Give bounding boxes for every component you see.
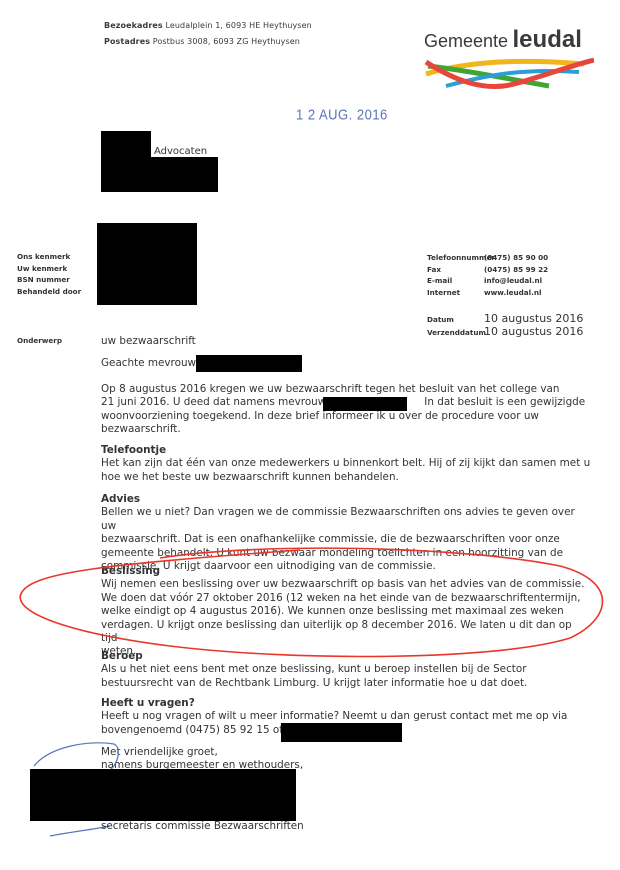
redacted-references <box>97 223 197 305</box>
section-telefoontje: Telefoontje Het kan zijn dat één van onz… <box>101 444 591 484</box>
date-row: Verzenddatum10 augustus 2016 <box>427 326 583 339</box>
label-behandeld-door: Behandeld door <box>17 286 81 298</box>
label-bsn-nummer: BSN nummer <box>17 274 81 286</box>
contact-details: Telefoonnummer(0475) 85 90 00 Fax(0475) … <box>427 252 548 298</box>
received-stamp: 1 2 AUG. 2016 <box>296 106 388 123</box>
highlight-ellipse-icon <box>0 540 620 665</box>
section-line: Heeft u nog vragen of wilt u meer inform… <box>101 710 591 723</box>
redacted-client-name <box>323 397 407 411</box>
label-ons-kenmerk: Ons kenmerk <box>17 251 81 263</box>
label-uw-kenmerk: Uw kenmerk <box>17 263 81 275</box>
contact-label: Telefoonnummer <box>427 252 484 264</box>
intro-line: woonvoorziening toegekend. In deze brief… <box>101 410 591 423</box>
intro-line: Op 8 augustus 2016 kregen we uw bezwaars… <box>101 383 591 396</box>
section-heading: Advies <box>101 493 591 506</box>
contact-label: E-mail <box>427 275 484 287</box>
label-onderwerp: Onderwerp <box>17 335 62 347</box>
phone-value: (0475) 85 90 00 <box>484 252 548 264</box>
contact-row: E-mailinfo@leudal.nl <box>427 275 548 287</box>
intro-line-part: In dat besluit is een gewijzigde <box>424 396 585 408</box>
contact-row: Telefoonnummer(0475) 85 90 00 <box>427 252 548 264</box>
recipient-firm: Advocaten <box>154 146 207 157</box>
fax-value: (0475) 85 99 22 <box>484 264 548 276</box>
visit-address: Bezoekadres Leudalplein 1, 6093 HE Heyth… <box>104 21 312 30</box>
section-line: Het kan zijn dat één van onze medewerker… <box>101 457 591 470</box>
letter-dates: Datum10 augustus 2016 Verzenddatum10 aug… <box>427 313 583 338</box>
date-label: Datum <box>427 314 484 326</box>
section-heading: Telefoontje <box>101 444 591 457</box>
postal-address-value: Postbus 3008, 6093 ZG Heythuysen <box>153 37 300 46</box>
postal-address: Postadres Postbus 3008, 6093 ZG Heythuys… <box>104 37 300 46</box>
visit-address-value: Leudalplein 1, 6093 HE Heythuysen <box>165 21 311 30</box>
date-value: 10 augustus 2016 <box>484 313 583 325</box>
section-heading: Heeft u vragen? <box>101 697 591 710</box>
logo-waves-icon <box>424 52 594 97</box>
redacted-email <box>281 723 402 742</box>
send-date-value: 10 augustus 2016 <box>484 326 583 338</box>
redacted-name <box>196 355 302 372</box>
section-line: hoe we het beste uw bezwaarschrift kunne… <box>101 471 591 484</box>
redacted-recipient-address <box>101 157 218 192</box>
logo-name: leudal <box>513 26 582 53</box>
salutation: Geachte mevrouw <box>101 357 196 370</box>
visit-address-label: Bezoekadres <box>104 21 163 30</box>
contact-row: Fax(0475) 85 99 22 <box>427 264 548 276</box>
intro-line-part: 21 juni 2016. U deed dat namens mevrouw <box>101 396 326 408</box>
contact-label: Internet <box>427 287 484 299</box>
intro-line: bezwaarschrift. <box>101 423 591 436</box>
signatory-role: secretaris commissie Bezwaarschriften <box>101 820 304 833</box>
reference-labels: Ons kenmerk Uw kenmerk BSN nummer Behand… <box>17 251 81 297</box>
section-line: Als u het niet eens bent met onze beslis… <box>101 663 591 676</box>
contact-row: Internetwww.leudal.nl <box>427 287 548 299</box>
section-line: bestuursrecht van de Rechtbank Limburg. … <box>101 677 591 690</box>
section-line: Bellen we u niet? Dan vragen we de commi… <box>101 506 591 533</box>
postal-address-label: Postadres <box>104 37 150 46</box>
contact-label: Fax <box>427 264 484 276</box>
website-link[interactable]: www.leudal.nl <box>484 287 541 299</box>
email-link[interactable]: info@leudal.nl <box>484 275 542 287</box>
gemeente-leudal-logo: Gemeente leudal <box>424 22 594 92</box>
logo-prefix: Gemeente <box>424 31 508 51</box>
redacted-signature <box>30 769 296 821</box>
subject: uw bezwaarschrift <box>101 335 196 348</box>
date-row: Datum10 augustus 2016 <box>427 313 583 326</box>
send-date-label: Verzenddatum <box>427 327 484 339</box>
